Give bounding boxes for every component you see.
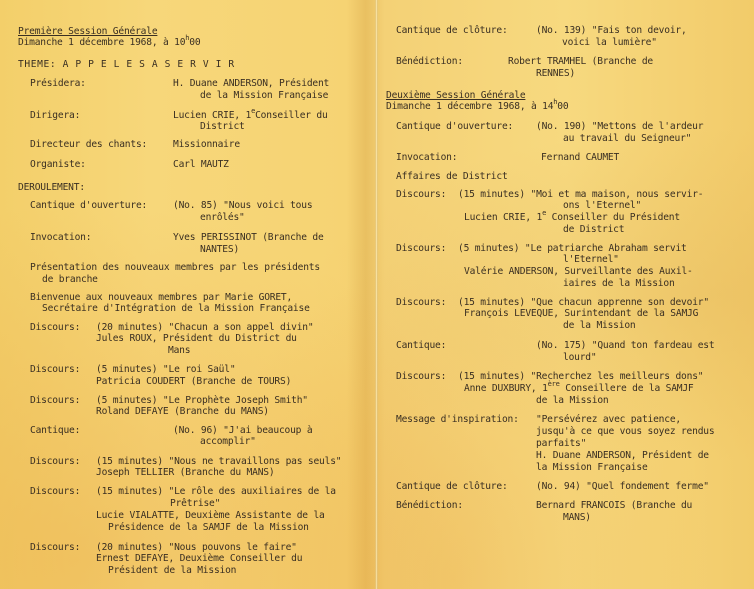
program-text: Présentation des nouveaux membres par le… (30, 262, 320, 274)
program-label: Cantique d'ouverture: (30, 200, 147, 212)
program-label: Discours: (30, 395, 80, 407)
program-label: Cantique de clôture: (396, 481, 508, 493)
officer-value: Carl MAUTZ (173, 159, 229, 171)
program-text: (20 minutes) "Chacun a son appel divin" (96, 322, 313, 334)
program-text: (No. 139) "Fais ton devoir, (536, 25, 687, 37)
program-text: (15 minutes) "Nous ne travaillons pas se… (96, 456, 341, 468)
program-text: enrôlés" (200, 212, 245, 224)
paper-fold (375, 0, 378, 589)
program-text: Robert TRAMHEL (Branche de (508, 56, 653, 68)
program-label: Cantique d'ouverture: (396, 121, 513, 133)
program-text: MANS) (563, 512, 591, 524)
program-text: (5 minutes) "Le patriarche Abraham servi… (458, 243, 687, 255)
program-text: Anne DUXBURY, 1ère Conseillere de la SAM… (464, 383, 694, 395)
program-text: au travail du Seigneur" (563, 133, 691, 145)
session2-title: Deuxième Session Générale (386, 90, 525, 102)
program-label: Discours: (30, 322, 80, 334)
program-text: Fernand CAUMET (541, 152, 619, 164)
program-label: Discours: (30, 364, 80, 376)
program-text: François LEVEQUE, Surintendant de la SAM… (464, 308, 698, 320)
program-text: iaires de la Mission (563, 278, 675, 290)
program-label: Invocation: (396, 152, 457, 164)
program-text: RENNES) (536, 68, 575, 80)
program-text: "Persévérez avec patience, (536, 414, 681, 426)
officer-label: Dirigera: (30, 110, 80, 122)
program-text: Patricia COUDERT (Branche de TOURS) (96, 376, 291, 388)
program-label: Cantique: (396, 340, 446, 352)
program-text: voici la lumière" (562, 37, 657, 49)
officer-label: Présidera: (30, 78, 86, 90)
program-text: (5 minutes) "Le roi Saül" (96, 364, 235, 376)
program-text: (No. 175) "Quand ton fardeau est (536, 340, 714, 352)
program-text: NANTES) (200, 244, 239, 256)
program-text: Mans (168, 345, 190, 357)
program-text: Jules ROUX, Président du District du (96, 333, 297, 345)
program-text: (5 minutes) "Le Prophète Joseph Smith" (96, 395, 308, 407)
program-label: Discours: (396, 297, 446, 309)
deroulement-heading: DEROULEMENT: (18, 182, 85, 194)
program-label: Discours: (396, 371, 446, 383)
program-text: Ernest DEFAYE, Deuxième Conseiller du (96, 553, 302, 565)
program-text: Roland DEFAYE (Branche du MANS) (96, 406, 269, 418)
program-label: Invocation: (30, 232, 91, 244)
officer-value: Lucien CRIE, 1eConseiller du (173, 110, 328, 122)
program-text: (15 minutes) "Le rôle des auxiliaires de… (96, 486, 336, 498)
program-text: Secrétaire d'Intégration de la Mission F… (42, 303, 310, 315)
program-text: H. Duane ANDERSON, Président de (536, 450, 709, 462)
program-text: Valérie ANDERSON, Surveillante des Auxil… (464, 266, 693, 278)
program-text: jusqu'à ce que vous soyez rendus (536, 426, 714, 438)
program-text: ons l'Eternel" (563, 200, 641, 212)
program-text: (20 minutes) "Nous pouvons le faire" (96, 542, 297, 554)
program-text: Lucien CRIE, 1e Conseiller du Président (464, 212, 680, 224)
officer-value: District (200, 121, 245, 133)
program-text: de la Mission (563, 320, 636, 332)
program-text: (15 minutes) "Que chacun apprenne son de… (458, 297, 709, 309)
program-text: Bernard FRANCOIS (Branche du (536, 500, 692, 512)
officer-label: Organiste: (30, 159, 86, 171)
program-text: Présidence de la SAMJF de la Mission (108, 522, 309, 534)
program-label: Discours: (396, 243, 446, 255)
program-label: Discours: (30, 542, 80, 554)
program-text: Bienvenue aux nouveaux membres par Marie… (30, 292, 292, 304)
program-text: de la Mission (536, 395, 609, 407)
program-label: Discours: (30, 456, 80, 468)
program-label: Cantique: (30, 425, 80, 437)
program-label: Message d'inspiration: (396, 414, 519, 426)
session1-title: Première Session Générale (18, 26, 157, 38)
program-text: (No. 96) "J'ai beaucoup à (173, 425, 312, 437)
program-text: parfaits" (536, 438, 586, 450)
session1-date: Dimanche 1 décembre 1968, à 10h00 (18, 37, 200, 49)
program-text: Yves PERISSINOT (Branche de (173, 232, 324, 244)
program-text: Prêtrise" (170, 498, 220, 510)
session2-date: Dimanche 1 décembre 1968, à 14h00 (386, 101, 568, 113)
program-text: de branche (42, 274, 98, 286)
program-label: Bénédiction: (396, 56, 463, 68)
program-text: (15 minutes) "Moi et ma maison, nous ser… (458, 189, 703, 201)
program-text: accomplir" (200, 436, 256, 448)
program-label: Discours: (30, 486, 80, 498)
program-text: (No. 190) "Mettons de l'ardeur (536, 121, 703, 133)
officer-label: Directeur des chants: (30, 139, 147, 151)
program-text: Lucie VIALATTE, Deuxième Assistante de l… (96, 510, 325, 522)
program-label: Discours: (396, 189, 446, 201)
program-text: (No. 94) "Quel fondement ferme" (536, 481, 709, 493)
program-label: Cantique de clôture: (396, 25, 508, 37)
program-text: (No. 85) "Nous voici tous (173, 200, 312, 212)
program-text: Président de la Mission (108, 565, 236, 577)
program-label: Bénédiction: (396, 500, 463, 512)
program-text: (15 minutes) "Recherchez les meilleurs d… (458, 371, 703, 383)
officer-value: de la Mission Française (200, 90, 328, 102)
officer-value: H. Duane ANDERSON, Président (173, 78, 329, 90)
program-text: l'Eternel" (563, 254, 619, 266)
officer-value: Missionnaire (173, 139, 240, 151)
program-text: Affaires de District (396, 171, 508, 183)
session1-theme: THEME: A P P E L E S A S E R V I R (18, 59, 235, 71)
program-text: de District (563, 224, 624, 236)
program-text: Joseph TELLIER (Branche du MANS) (96, 467, 274, 479)
program-text: lourd" (563, 352, 596, 364)
program-text: la Mission Française (536, 462, 648, 474)
